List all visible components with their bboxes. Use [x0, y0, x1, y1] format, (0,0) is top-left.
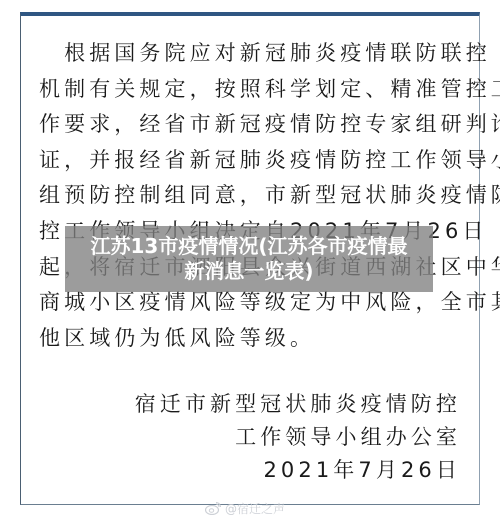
weibo-icon [205, 502, 221, 515]
signature-date: 2021年7月26日 [135, 454, 461, 487]
signature-org-line1: 宿迁市新型冠状肺炎疫情防控 [135, 388, 461, 421]
body-line: 证，并报经省新冠肺炎疫情防控工作领导小 [39, 143, 465, 179]
notice-body: 根据国务院应对新冠肺炎疫情联防联控 机制有关规定，按照科学划定、精准管控工 作要… [39, 36, 465, 356]
body-line: 机制有关规定，按照科学划定、精准管控工 [39, 72, 465, 108]
signature-block: 宿迁市新型冠状肺炎疫情防控 工作领导小组办公室 2021年7月26日 [135, 388, 461, 487]
body-line: 组预防控制组同意，市新型冠状肺炎疫情防 [39, 178, 465, 214]
signature-org-line2: 工作领导小组办公室 [135, 421, 461, 454]
body-line: 他区域仍为低风险等级。 [39, 321, 465, 357]
watermark-text: @宿迁之声 [225, 500, 285, 517]
body-line: 作要求，经省市新冠疫情防控专家组研判论 [39, 107, 465, 143]
overlay-title: 江苏13市疫情情况(江苏各市疫情最新消息一览表) [84, 234, 414, 284]
body-line: 根据国务院应对新冠肺炎疫情联防联控 [39, 36, 465, 72]
watermark: @宿迁之声 [205, 498, 285, 518]
title-overlay: 江苏13市疫情情况(江苏各市疫情最新消息一览表) [65, 226, 433, 292]
